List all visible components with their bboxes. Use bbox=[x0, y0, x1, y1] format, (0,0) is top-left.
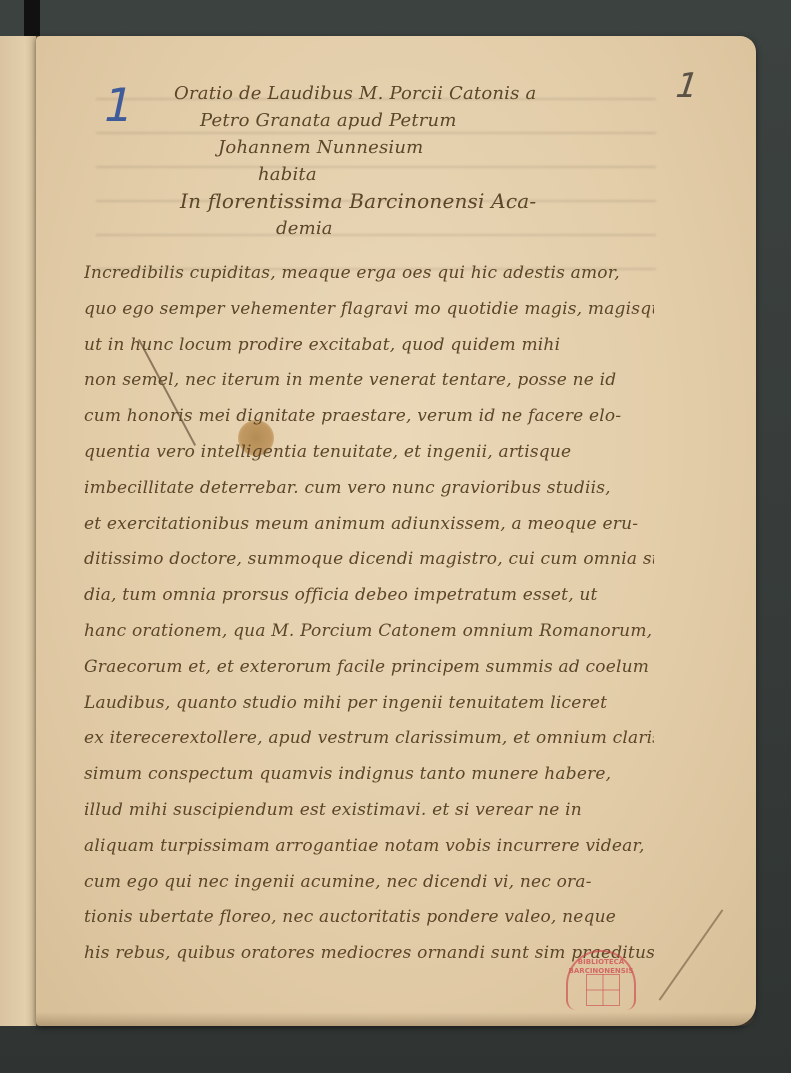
text-line: ditissimo doctore, summoque dicendi magi… bbox=[84, 542, 654, 578]
text-line: simum conspectum quamvis indignus tanto … bbox=[84, 757, 654, 793]
text-line: non semel, nec iterum in mente venerat t… bbox=[84, 363, 654, 399]
text-line: quentia vero intelligentia tenuitate, et… bbox=[84, 435, 654, 471]
text-line: quo ego semper vehementer flagravi mo qu… bbox=[84, 292, 654, 328]
manuscript-title: Oratio de Laudibus M. Porcii Catonis a P… bbox=[160, 80, 620, 242]
title-line: In florentissima Barcinonensi Aca- bbox=[180, 188, 620, 215]
text-line: ut in hunc locum prodire excitabat, quod… bbox=[84, 328, 654, 364]
text-line: aliquam turpissimam arrogantiae notam vo… bbox=[84, 829, 654, 865]
stamp-emblem-icon bbox=[586, 974, 620, 1006]
text-line: hanc orationem, qua M. Porcium Catonem o… bbox=[84, 614, 654, 650]
binding-spine bbox=[24, 0, 40, 40]
text-line: cum honoris mei dignitate praestare, ver… bbox=[84, 399, 654, 435]
text-line: Incredibilis cupiditas, meaque erga oes … bbox=[84, 256, 654, 292]
title-line: habita bbox=[258, 161, 620, 188]
text-line: cum ego qui nec ingenii acumine, nec dic… bbox=[84, 865, 654, 901]
text-line: illud mihi suscipiendum est existimavi. … bbox=[84, 793, 654, 829]
text-line: Laudibus, quanto studio mihi per ingenii… bbox=[84, 686, 654, 722]
previous-leaf-edge bbox=[0, 36, 38, 1026]
text-line: tionis ubertate floreo, nec auctoritatis… bbox=[84, 900, 654, 936]
text-line: dia, tum omnia prorsus officia debeo imp… bbox=[84, 578, 654, 614]
stamp-text: BIBLIOTECA BARCINONENSIS bbox=[569, 958, 634, 975]
text-line: ex iterecerextollere, apud vestrum clari… bbox=[84, 721, 654, 757]
title-line: Johannem Nunnesium bbox=[218, 134, 620, 161]
text-line: imbecillitate deterrebar. cum vero nunc … bbox=[84, 471, 654, 507]
title-line: demia bbox=[276, 215, 620, 242]
text-line: et exercitationibus meum animum adiunxis… bbox=[84, 507, 654, 543]
title-line: Oratio de Laudibus M. Porcii Catonis a bbox=[174, 80, 620, 107]
text-line: Graecorum et, et exterorum facile princi… bbox=[84, 650, 654, 686]
manuscript-body: Incredibilis cupiditas, meaque erga oes … bbox=[84, 256, 654, 972]
title-line: Petro Granata apud Petrum bbox=[200, 107, 620, 134]
